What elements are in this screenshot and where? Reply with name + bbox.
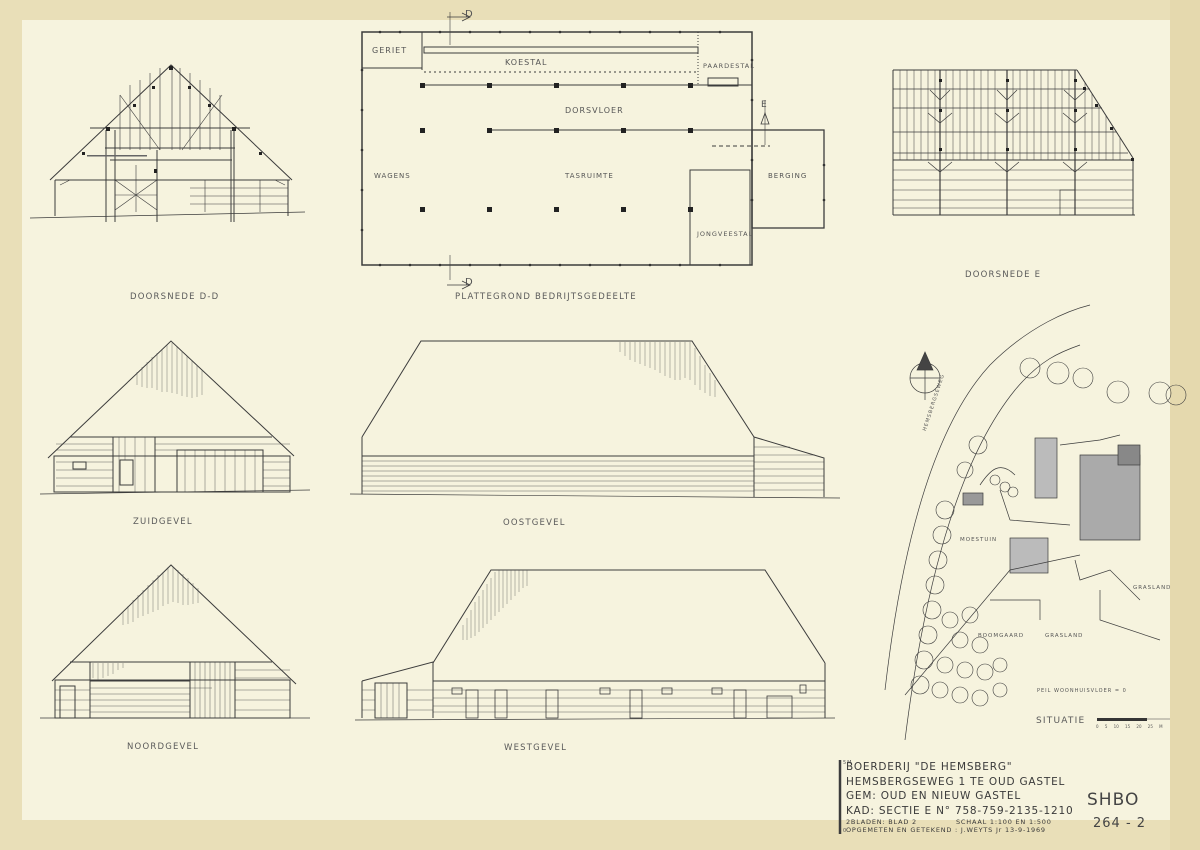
section-marker-d-bottom: D	[465, 277, 474, 288]
section-marker-d-top: D	[465, 9, 474, 20]
title-cadastral: KAD: SECTIE E N° 758-759-2135-1210	[846, 804, 1073, 819]
site-label-grasland-2: GRASLAND	[1133, 585, 1171, 591]
title-sheets-row: 2BLADEN: BLAD 2 SCHAAL 1:100 EN 1:500	[846, 818, 1073, 826]
site-label-boomgaard: BOOMGAARD	[978, 633, 1024, 639]
title-municipality: GEM: OUD EN NIEUW GASTEL	[846, 789, 1073, 804]
room-label-dorsvloer: DORSVLOER	[565, 106, 624, 115]
north-elevation-drawing	[40, 565, 310, 718]
room-label-berging: BERGING	[768, 172, 807, 180]
title-farm-name: BOERDERIJ "DE HEMSBERG"	[846, 760, 1073, 775]
site-scale-ticks: 0 5 10 15 20 25 M	[1096, 724, 1163, 729]
section-e-drawing	[893, 70, 1135, 215]
caption-section-dd: DOORSNEDE D-D	[130, 292, 219, 302]
caption-floor-plan: PLATTEGROND BEDRIJTSGEDEELTE	[455, 292, 637, 302]
title-scale: SCHAAL 1:100 EN 1:500	[956, 818, 1052, 826]
caption-site-plan: SITUATIE	[1036, 716, 1085, 726]
room-label-koestal: KOESTAL	[505, 58, 547, 67]
section-marker-e: E	[761, 100, 768, 110]
site-label-grasland-1: GRASLAND	[1045, 633, 1083, 639]
room-label-paardestal: PAARDESTAL	[703, 62, 755, 70]
archive-code: SHBO	[1087, 790, 1139, 810]
caption-section-e: DOORSNEDE E	[965, 270, 1041, 280]
site-label-moestuin: MOESTUIN	[960, 537, 997, 543]
floor-plan-drawing	[361, 12, 826, 289]
title-block: BOERDERIJ "DE HEMSBERG" HEMSBERGSEWEG 1 …	[846, 760, 1073, 834]
room-label-geriet: GERIET	[372, 46, 407, 55]
caption-east-elevation: OOSTGEVEL	[503, 518, 566, 528]
caption-west-elevation: WESTGEVEL	[504, 743, 567, 753]
site-reference-note: PEIL WOONHUISVLOER = 0	[1037, 688, 1127, 694]
room-label-wagens: WAGENS	[374, 172, 411, 180]
title-sheets: 2BLADEN: BLAD 2	[846, 818, 917, 826]
title-address: HEMSBERGSEWEG 1 TE OUD GASTEL	[846, 775, 1073, 790]
site-plan-drawing	[885, 305, 1186, 740]
west-elevation-drawing	[355, 570, 835, 720]
archive-number: 264 - 2	[1093, 816, 1146, 831]
room-label-tasruimte: TASRUIMTE	[565, 172, 614, 180]
caption-south-elevation: ZUIDGEVEL	[133, 517, 193, 527]
caption-north-elevation: NOORDGEVEL	[127, 742, 199, 752]
south-elevation-drawing	[40, 341, 310, 494]
title-surveyed: OPGEMETEN EN GETEKEND : J.WEYTS Jr 13-9-…	[846, 826, 1073, 834]
drawing-canvas	[0, 0, 1200, 850]
east-elevation-drawing	[350, 341, 840, 498]
room-label-jongveestal: JONGVEESTAL	[697, 230, 753, 238]
section-dd-drawing	[30, 65, 305, 222]
